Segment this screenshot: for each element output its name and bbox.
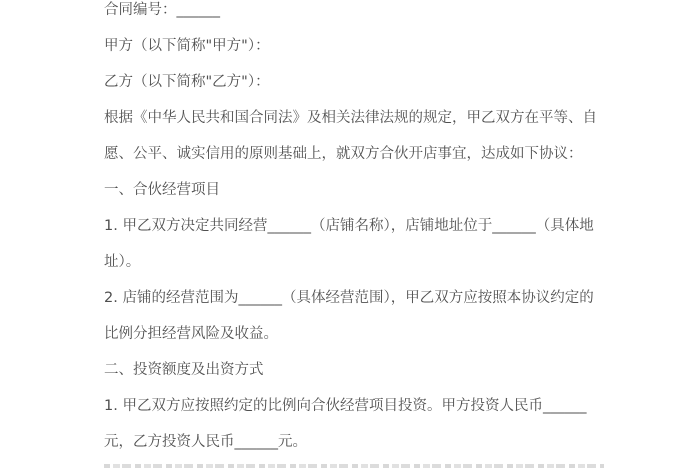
clause-1-2-line-2: 比例分担经营风险及收益。 xyxy=(104,316,598,352)
clause-1-1-line-2: 址）。 xyxy=(104,244,598,280)
contract-text-column: 合同编号：______ 甲方（以下简称"甲方"）： 乙方（以下简称"乙方"）： … xyxy=(104,0,598,460)
preamble-line-2: 愿、公平、诚实信用的原则基础上，就双方合伙开店事宜，达成如下协议： xyxy=(104,136,598,172)
clause-1-2-line-1: 2. 店铺的经营范围为______（具体经营范围），甲乙双方应按照本协议约定的 xyxy=(104,280,598,316)
clause-1-1-line-1: 1. 甲乙双方决定共同经营______（店铺名称），店铺地址位于______（具… xyxy=(104,208,598,244)
contract-document-page: 合同编号：______ 甲方（以下简称"甲方"）： 乙方（以下简称"乙方"）： … xyxy=(0,0,700,470)
section-2-heading: 二、投资额度及出资方式 xyxy=(104,352,598,388)
preamble-line-1: 根据《中华人民共和国合同法》及相关法律法规的规定，甲乙双方在平等、自 xyxy=(104,100,598,136)
partially-visible-next-line xyxy=(104,464,604,468)
contract-number-line: 合同编号：______ xyxy=(104,0,598,28)
clause-2-1-line-2: 元，乙方投资人民币______元。 xyxy=(104,424,598,460)
clause-2-1-line-1: 1. 甲乙双方应按照约定的比例向合伙经营项目投资。甲方投资人民币______ xyxy=(104,388,598,424)
section-1-heading: 一、合伙经营项目 xyxy=(104,172,598,208)
party-a-line: 甲方（以下简称"甲方"）： xyxy=(104,28,598,64)
party-b-line: 乙方（以下简称"乙方"）： xyxy=(104,64,598,100)
